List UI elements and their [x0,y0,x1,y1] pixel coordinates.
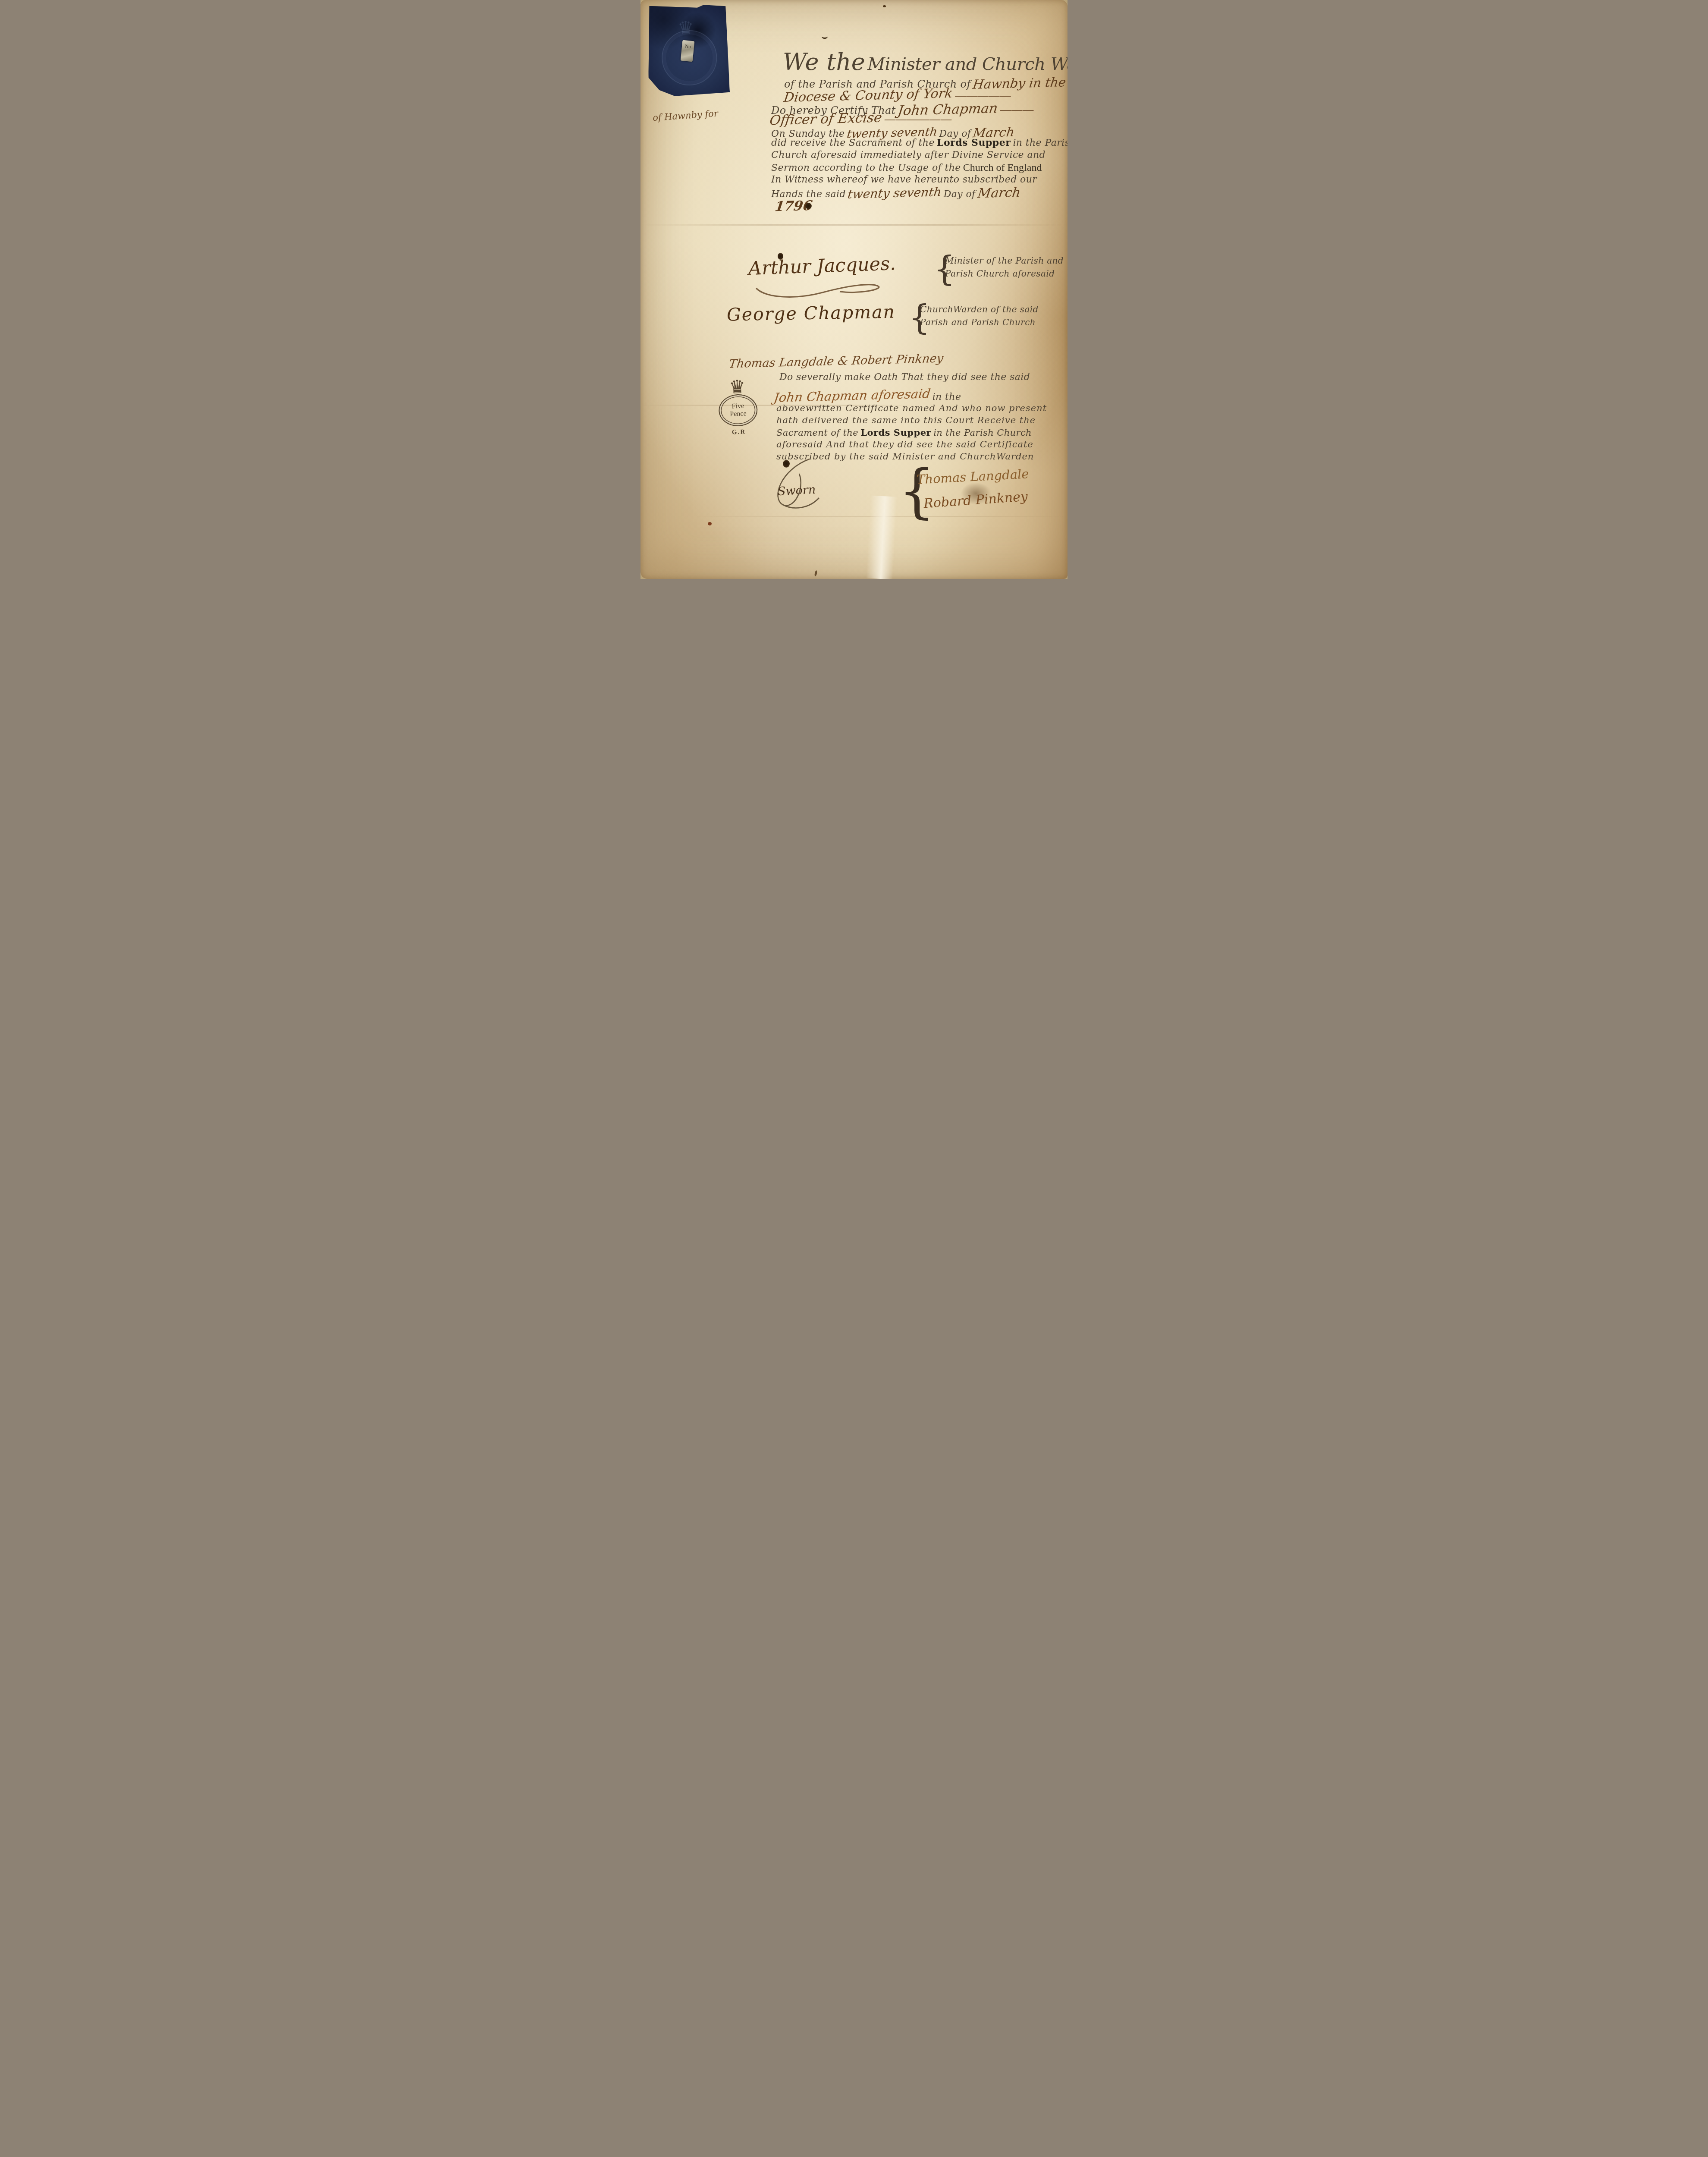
oath-line-4: hath delivered the same into this Court … [776,415,1036,425]
minister-title-line1: Minister of the Parish and [945,255,1064,266]
paper-scratch [866,496,897,579]
duty-stamp-five-pence: ♛ Five Pence G.R [714,377,763,437]
oath-line-1: Do severally make Oath That they did see… [779,372,1030,383]
ink-speck [883,5,886,7]
oath-name-line: John Chapman aforesaid in the [774,388,961,403]
revenue-stamp: ♛ No [647,4,730,97]
heading-title: Minister and Church Warden [867,54,1067,74]
entry-oath-name: John Chapman aforesaid [773,386,931,405]
minister-title: Minister of the Parish and Parish Church… [945,255,1064,279]
gothic-lords-supper: Lords Supper [937,137,1011,148]
body-line-receive: did receive the Sacrament of the Lords S… [771,137,1067,148]
warden-title: ChurchWarden of the said Parish and Pari… [920,304,1039,327]
scanned-certificate: ♛ No We the Minister and Church Warden o… [640,0,1067,579]
body-line-church: Church aforesaid immediately after Divin… [771,150,1046,160]
entry-hands-month: March [976,185,1021,201]
entry-hands-day: twenty seventh [847,185,943,201]
printed-in-parish: in the Parish [1013,138,1067,148]
heading-opening: We the [783,48,865,75]
warden-title-line1: ChurchWarden of the said [920,304,1039,314]
embossed-crown-icon: ♛ [677,17,694,39]
signature-flourish [749,277,887,299]
ink-rule: ——— [1000,103,1033,117]
oath-line-6: aforesaid And that they did see the said… [776,439,1033,450]
occupation-line: Officer of Excise —————— [770,111,951,127]
printed-did-receive: did receive the Sacrament of the [771,138,935,148]
roman-church-of-england: Church of England [963,162,1042,173]
duty-value-oval: Five Pence [718,393,758,427]
oath-line-5: Sacrament of the Lords Supper in the Par… [776,427,1032,438]
gothic-lords-supper-2: Lords Supper [860,427,931,438]
printed-hands-day-of: Day of [944,189,976,200]
printed-parish-church: in the Parish Church [933,428,1032,438]
ink-blot [805,203,812,209]
cypher-foil: No [681,40,695,62]
oath-line-3: abovewritten Certificate named And who n… [776,403,1047,413]
ink-mark [822,34,828,39]
ink-rule: —————— [884,112,951,126]
duty-value-line2: Pence [730,410,747,418]
docket-sworn: Sworn [777,483,816,499]
printed-sacrament: Sacrament of the [776,428,858,438]
attestation-brace: { [898,462,935,520]
body-line-sermon: Sermon according to the Usage of the Chu… [771,162,1042,174]
minister-title-line2: Parish Church aforesaid [945,268,1064,279]
heading-line-1: We the Minister and Church Warden [783,48,1067,75]
warden-signature: George Chapman [727,302,896,325]
printed-in-the: in the [932,392,961,402]
paper-crease [640,224,1067,226]
foil-text: No [685,44,691,49]
body-line-witness: In Witness whereof we have hereunto subs… [771,174,1037,185]
crown-icon: ♛ [714,377,761,397]
printed-sermon: Sermon according to the Usage of the [771,163,961,173]
warden-title-line2: Parish and Parish Church [920,317,1039,327]
duty-value-line1: Five [732,402,744,411]
red-stain-dot [708,522,712,525]
